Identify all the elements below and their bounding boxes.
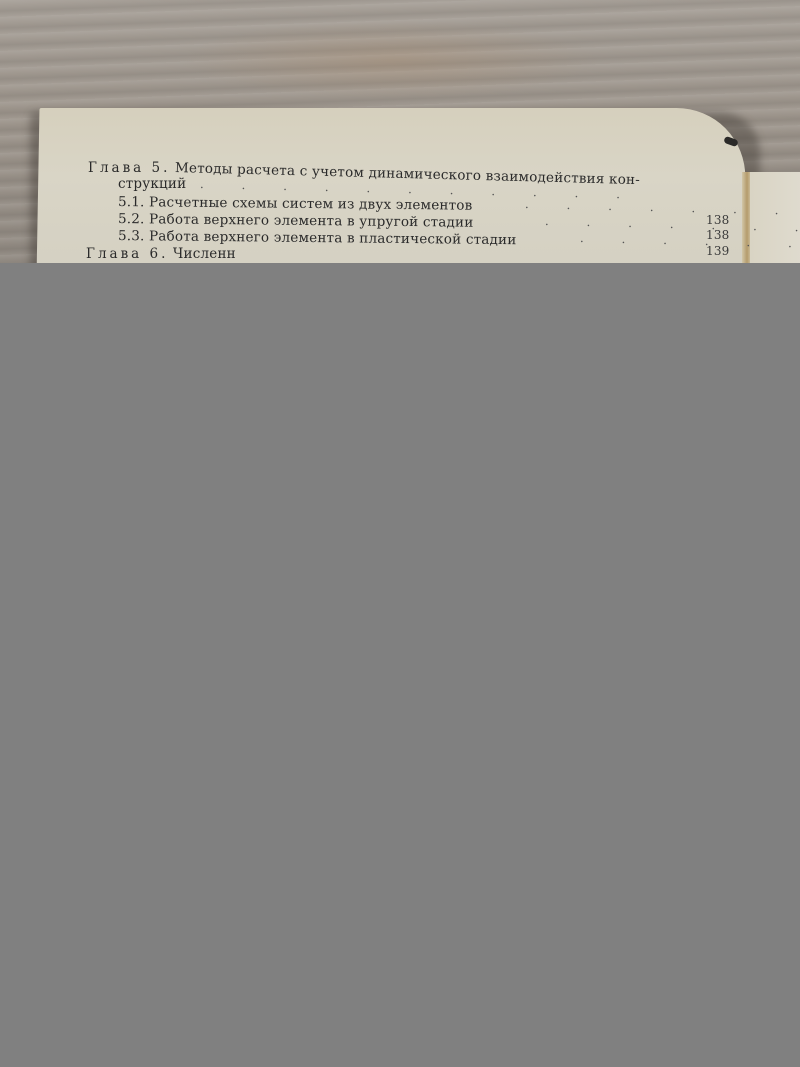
- section-number: 5.2.: [118, 211, 145, 227]
- chapter-title: Численн: [173, 246, 236, 262]
- page-number: 139: [706, 244, 730, 258]
- section-title: Работа верхнего элемента в упругой стади…: [149, 211, 474, 230]
- toc-chapter-6: Глава 6. Численн: [86, 246, 236, 262]
- table-of-contents: Глава 5. Методы расчета с учетом динамич…: [0, 0, 800, 263]
- toc-chapter-5-continuation: струкций: [118, 176, 186, 192]
- section-number: 5.1.: [118, 194, 145, 210]
- leader-dots: . . . . . .: [580, 231, 800, 251]
- section-title: Расчетные схемы систем из двух элементов: [149, 194, 473, 213]
- section-number: 5.3.: [118, 228, 145, 244]
- chapter-label: Глава 5.: [88, 160, 170, 176]
- toc-chapter-5: Глава 5. Методы расчета с учетом динамич…: [88, 160, 640, 176]
- chapter-label: Глава 6.: [86, 246, 168, 262]
- chapter-title-continuation: струкций: [118, 176, 186, 192]
- gray-redaction-overlay: [0, 263, 800, 1067]
